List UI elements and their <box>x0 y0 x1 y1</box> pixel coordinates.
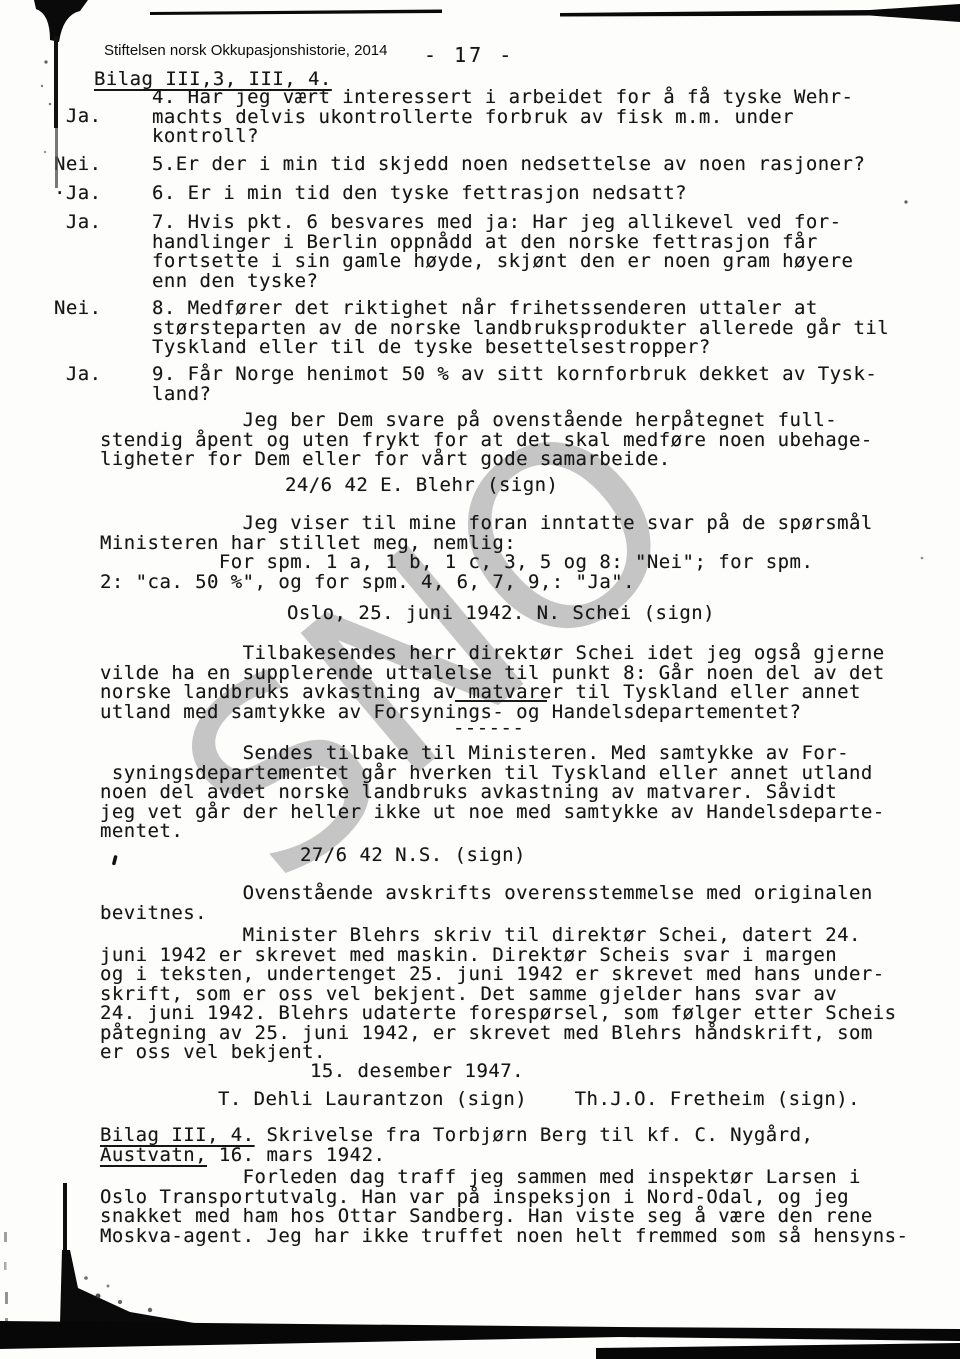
scanned-document-page: SNO Stiftelsen norsk Okkupasjonshistorie… <box>0 0 960 1359</box>
question-text: 5.Er der i min tid skjedd noen nedsettel… <box>152 155 865 175</box>
top-edge-line-left <box>150 10 442 16</box>
signature-line: Oslo, 25. juni 1942. N. Schei (sign) <box>287 604 715 624</box>
bilag2-rest2: 16. mars 1942. <box>207 1144 385 1166</box>
answer-label: Ja. <box>54 107 102 127</box>
signature-line: 24/6 42 E. Blehr (sign) <box>285 476 558 496</box>
answer-label: Ja. <box>54 365 102 385</box>
top-edge-line-right <box>560 4 960 22</box>
answer-label: Ja. <box>54 213 102 233</box>
answer-label: Nei. <box>54 155 102 175</box>
page-number: - 17 - <box>424 46 514 66</box>
bilag2-heading: Bilag III, 4. Skrivelse fra Torbjørn Ber… <box>100 1126 813 1165</box>
bottom-band-left <box>0 1321 620 1349</box>
bottom-band-right-bottom <box>596 1343 960 1359</box>
stray-dot <box>921 557 924 560</box>
signature-line: 27/6 42 N.S. (sign) <box>300 846 526 866</box>
question-text: 9. Får Norge henimot 50 % av sitt kornfo… <box>152 365 877 404</box>
paragraph: Tilbakesendes herr direktør Schei idet j… <box>100 644 885 722</box>
question-text: 4. Har jeg vært interessert i arbeidet f… <box>152 88 853 147</box>
answer-label: ·Ja. <box>54 184 102 204</box>
paragraph: Jeg ber Dem svare på ovenstående herpåte… <box>100 411 873 470</box>
paragraph: Sendes tilbake til Ministeren. Med samty… <box>100 744 885 842</box>
archive-stamp: Stiftelsen norsk Okkupasjonshistorie, 20… <box>104 42 387 59</box>
top-left-blob <box>34 0 88 42</box>
bottom-band-right-top <box>620 1327 960 1341</box>
signature-line: T. Dehli Laurantzon (sign) Th.J.O. Freth… <box>218 1090 860 1110</box>
matvarer-underline <box>455 700 547 702</box>
question-text: 7. Hvis pkt. 6 besvares med ja: Har jeg … <box>152 213 853 291</box>
paragraph: Jeg viser til mine foran inntatte svar p… <box>100 514 873 592</box>
stray-mark <box>112 855 118 866</box>
date-line: 15. desember 1947. <box>310 1062 524 1082</box>
stray-dot <box>904 200 907 203</box>
question-text: 6. Er i min tid den tyske fettrasjon ned… <box>152 184 687 204</box>
paragraph: Forleden dag traff jeg sammen med inspek… <box>100 1168 908 1246</box>
question-text: 8. Medfører det riktighet når frihetssen… <box>152 299 889 358</box>
paragraph: Minister Blehrs skriv til direktør Schei… <box>100 926 897 1063</box>
bottom-left-line <box>63 1183 67 1293</box>
bottom-left-blob <box>60 1250 200 1324</box>
divider-dashes: ------ <box>453 719 524 739</box>
paragraph: Ovenstående avskrifts overensstemmelse m… <box>100 884 873 923</box>
bilag2-label2: Austvatn, <box>100 1144 207 1166</box>
answer-label: Nei. <box>54 299 102 319</box>
